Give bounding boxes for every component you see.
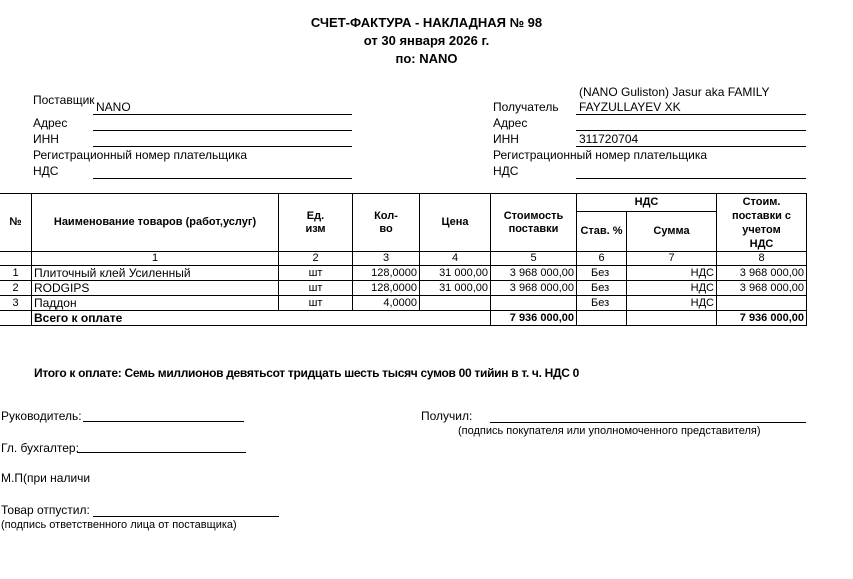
row-name: RODGIPS bbox=[32, 281, 279, 296]
invoice-table: № Наименование товаров (работ,услуг) Ед.… bbox=[0, 193, 807, 326]
row-price bbox=[420, 296, 491, 311]
header-price: Цена bbox=[420, 194, 491, 252]
row-vat-sum: НДС bbox=[627, 296, 717, 311]
director-label: Руководитель: bbox=[1, 409, 82, 423]
received-label: Получил: bbox=[421, 409, 472, 423]
recipient-inn-underline bbox=[576, 146, 806, 147]
header-no: № bbox=[0, 194, 32, 252]
total-cost: 7 936 000,00 bbox=[491, 311, 577, 326]
col-number: 3 bbox=[353, 252, 420, 266]
row-cost: 3 968 000,00 bbox=[491, 281, 577, 296]
row-cost: 3 968 000,00 bbox=[491, 266, 577, 281]
row-price: 31 000,00 bbox=[420, 266, 491, 281]
row-name: Плиточный клей Усиленный bbox=[32, 266, 279, 281]
document-date: от 30 января 2026 г. bbox=[0, 32, 853, 50]
row-qty: 4,0000 bbox=[353, 296, 420, 311]
col-number: 2 bbox=[279, 252, 353, 266]
row-no: 1 bbox=[0, 266, 32, 281]
supplier-vat-underline bbox=[93, 178, 352, 179]
document-title: СЧЕТ-ФАКТУРА - НАКЛАДНАЯ № 98 bbox=[0, 14, 853, 32]
row-total: 3 968 000,00 bbox=[717, 281, 807, 296]
recipient-address-underline bbox=[576, 130, 806, 131]
row-total bbox=[717, 296, 807, 311]
column-numbers-row: 1 2 3 4 5 6 7 8 bbox=[0, 252, 807, 266]
header-cost: Стоимость поставки bbox=[491, 194, 577, 252]
row-qty: 128,0000 bbox=[353, 281, 420, 296]
row-price: 31 000,00 bbox=[420, 281, 491, 296]
accountant-label: Гл. бухгалтер: bbox=[1, 441, 79, 455]
header-qty: Кол-во bbox=[353, 194, 420, 252]
total-with-vat: 7 936 000,00 bbox=[717, 311, 807, 326]
recipient-value-line1: (NANO Guliston) Jasur aka FAMILY bbox=[579, 85, 770, 99]
total-row: Всего к оплате 7 936 000,00 7 936 000,00 bbox=[0, 311, 807, 326]
col-number: 1 bbox=[32, 252, 279, 266]
table-row: 3 Паддон шт 4,0000 Без НДС bbox=[0, 296, 807, 311]
supplier-address-label: Адрес bbox=[33, 116, 67, 130]
total-label: Всего к оплате bbox=[32, 311, 491, 326]
supplier-vat-label: НДС bbox=[33, 164, 58, 178]
supplier-label: Поставщик bbox=[33, 93, 95, 107]
row-unit: шт bbox=[279, 281, 353, 296]
header-name: Наименование товаров (работ,услуг) bbox=[32, 194, 279, 252]
total-blank bbox=[0, 311, 32, 326]
recipient-reg-label: Регистрационный номер плательщика bbox=[493, 148, 707, 162]
header-vat-sum: Сумма bbox=[627, 212, 717, 252]
amount-in-words: Итого к оплате: Семь миллионов девятьсот… bbox=[34, 366, 579, 380]
col-number: 8 bbox=[717, 252, 807, 266]
row-vat-rate: Без bbox=[577, 281, 627, 296]
recipient-underline bbox=[576, 114, 806, 115]
col-number: 4 bbox=[420, 252, 491, 266]
col-number-blank bbox=[0, 252, 32, 266]
row-vat-sum: НДС bbox=[627, 266, 717, 281]
released-note: (подпись ответственного лица от поставщи… bbox=[1, 519, 237, 531]
released-signature-line bbox=[93, 516, 279, 517]
received-note: (подпись покупателя или уполномоченного … bbox=[458, 425, 761, 437]
recipient-inn-value: 311720704 bbox=[579, 132, 638, 146]
row-vat-rate: Без bbox=[577, 266, 627, 281]
header-unit: Ед. изм bbox=[279, 194, 353, 252]
table-row: 1 Плиточный клей Усиленный шт 128,0000 3… bbox=[0, 266, 807, 281]
header-vat: НДС bbox=[577, 194, 717, 212]
document-by: по: NANO bbox=[0, 50, 853, 68]
row-no: 2 bbox=[0, 281, 32, 296]
row-vat-rate: Без bbox=[577, 296, 627, 311]
row-unit: шт bbox=[279, 266, 353, 281]
total-vat-sum-blank bbox=[627, 311, 717, 326]
row-cost bbox=[491, 296, 577, 311]
col-number: 5 bbox=[491, 252, 577, 266]
recipient-address-label: Адрес bbox=[493, 116, 527, 130]
table-header-row: № Наименование товаров (работ,услуг) Ед.… bbox=[0, 194, 807, 212]
recipient-vat-label: НДС bbox=[493, 164, 518, 178]
header-vat-rate: Став. % bbox=[577, 212, 627, 252]
row-no: 3 bbox=[0, 296, 32, 311]
supplier-value: NANO bbox=[96, 100, 131, 114]
supplier-inn-underline bbox=[93, 146, 352, 147]
supplier-underline bbox=[93, 114, 352, 115]
supplier-address-underline bbox=[93, 130, 352, 131]
row-unit: шт bbox=[279, 296, 353, 311]
recipient-label: Получатель bbox=[493, 100, 559, 114]
recipient-vat-underline bbox=[576, 178, 806, 179]
supplier-inn-label: ИНН bbox=[33, 132, 59, 146]
total-vat-rate-blank bbox=[577, 311, 627, 326]
recipient-inn-label: ИНН bbox=[493, 132, 519, 146]
released-label: Товар отпустил: bbox=[1, 503, 90, 517]
director-signature-line bbox=[83, 421, 244, 422]
row-vat-sum: НДС bbox=[627, 281, 717, 296]
stamp-label: М.П(при наличи bbox=[1, 471, 90, 485]
row-qty: 128,0000 bbox=[353, 266, 420, 281]
row-total: 3 968 000,00 bbox=[717, 266, 807, 281]
recipient-value-line2: FAYZULLAYEV XK bbox=[579, 100, 681, 114]
header-total: Стоим. поставки с учетом НДС bbox=[717, 194, 807, 252]
table-row: 2 RODGIPS шт 128,0000 31 000,00 3 968 00… bbox=[0, 281, 807, 296]
col-number: 6 bbox=[577, 252, 627, 266]
supplier-reg-label: Регистрационный номер плательщика bbox=[33, 148, 247, 162]
accountant-signature-line bbox=[77, 452, 246, 453]
col-number: 7 bbox=[627, 252, 717, 266]
received-signature-line bbox=[490, 422, 806, 423]
row-name: Паддон bbox=[32, 296, 279, 311]
